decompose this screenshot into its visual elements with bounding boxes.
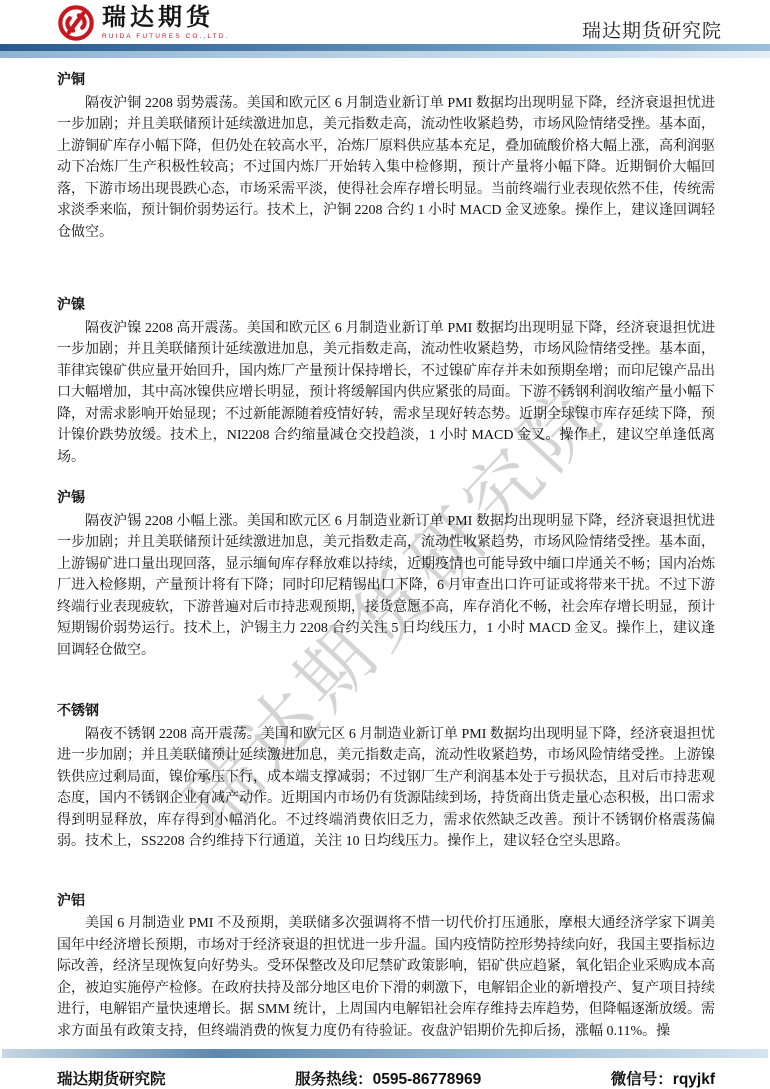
- section-title: 沪铝: [57, 891, 715, 913]
- section-shanghai-aluminum: 沪铝 美国 6 月制造业 PMI 不及预期，美联储多次强调将不惜一切代价打压通胀…: [57, 891, 715, 1043]
- brand-subtitle: RUIDA FUTURES CO.,LTD.: [102, 33, 229, 40]
- report-body: 瑞达期货研究院 沪铜 隔夜沪铜 2208 弱势震荡。美国和欧元区 6 月制造业新…: [0, 58, 770, 1049]
- header-divider-bar-top: [0, 44, 770, 51]
- report-page: 瑞达期货 RUIDA FUTURES CO.,LTD. 瑞达期货研究院 瑞达期货…: [0, 0, 770, 1089]
- section-stainless-steel: 不锈钢 隔夜不锈钢 2208 高开震荡。美国和欧元区 6 月制造业新订单 PMI…: [57, 701, 715, 853]
- footer-institute: 瑞达期货研究院: [57, 1067, 166, 1089]
- section-shanghai-nickel: 沪镍 隔夜沪镍 2208 高开震荡。美国和欧元区 6 月制造业新订单 PMI 数…: [57, 295, 715, 468]
- section-title: 不锈钢: [57, 701, 715, 723]
- brand-text: 瑞达期货 RUIDA FUTURES CO.,LTD.: [102, 6, 229, 40]
- section-body: 隔夜沪镍 2208 高开震荡。美国和欧元区 6 月制造业新订单 PMI 数据均出…: [57, 318, 715, 469]
- section-title: 沪铜: [57, 70, 715, 92]
- section-body: 隔夜不锈钢 2208 高开震荡。美国和欧元区 6 月制造业新订单 PMI 数据均…: [57, 724, 715, 853]
- header-divider-bar-bottom: [0, 51, 770, 58]
- section-body: 美国 6 月制造业 PMI 不及预期，美联储多次强调将不惜一切代价打压通胀，摩根…: [57, 913, 715, 1042]
- ruida-swirl-icon: [57, 4, 95, 42]
- page-footer: 瑞达期货研究院 服务热线：0595-86778969 微信号：rqyjkf: [0, 1049, 770, 1089]
- brand-name: 瑞达期货: [102, 6, 229, 30]
- section-body: 隔夜沪铜 2208 弱势震荡。美国和欧元区 6 月制造业新订单 PMI 数据均出…: [57, 93, 715, 244]
- footer-row: 瑞达期货研究院 服务热线：0595-86778969 微信号：rqyjkf: [0, 1058, 770, 1089]
- section-title: 沪锡: [57, 488, 715, 510]
- footer-hotline: 服务热线：0595-86778969: [295, 1067, 481, 1089]
- footer-wechat: 微信号：rqyjkf: [611, 1067, 715, 1089]
- institute-name: 瑞达期货研究院: [582, 22, 722, 44]
- section-body: 隔夜沪锡 2208 小幅上涨。美国和欧元区 6 月制造业新订单 PMI 数据均出…: [57, 511, 715, 662]
- section-shanghai-copper: 沪铜 隔夜沪铜 2208 弱势震荡。美国和欧元区 6 月制造业新订单 PMI 数…: [57, 70, 715, 243]
- footer-divider-bar: [2, 1049, 768, 1058]
- section-shanghai-tin: 沪锡 隔夜沪锡 2208 小幅上涨。美国和欧元区 6 月制造业新订单 PMI 数…: [57, 488, 715, 661]
- brand-logo: 瑞达期货 RUIDA FUTURES CO.,LTD.: [57, 4, 229, 44]
- section-title: 沪镍: [57, 295, 715, 317]
- page-header: 瑞达期货 RUIDA FUTURES CO.,LTD. 瑞达期货研究院: [0, 0, 770, 44]
